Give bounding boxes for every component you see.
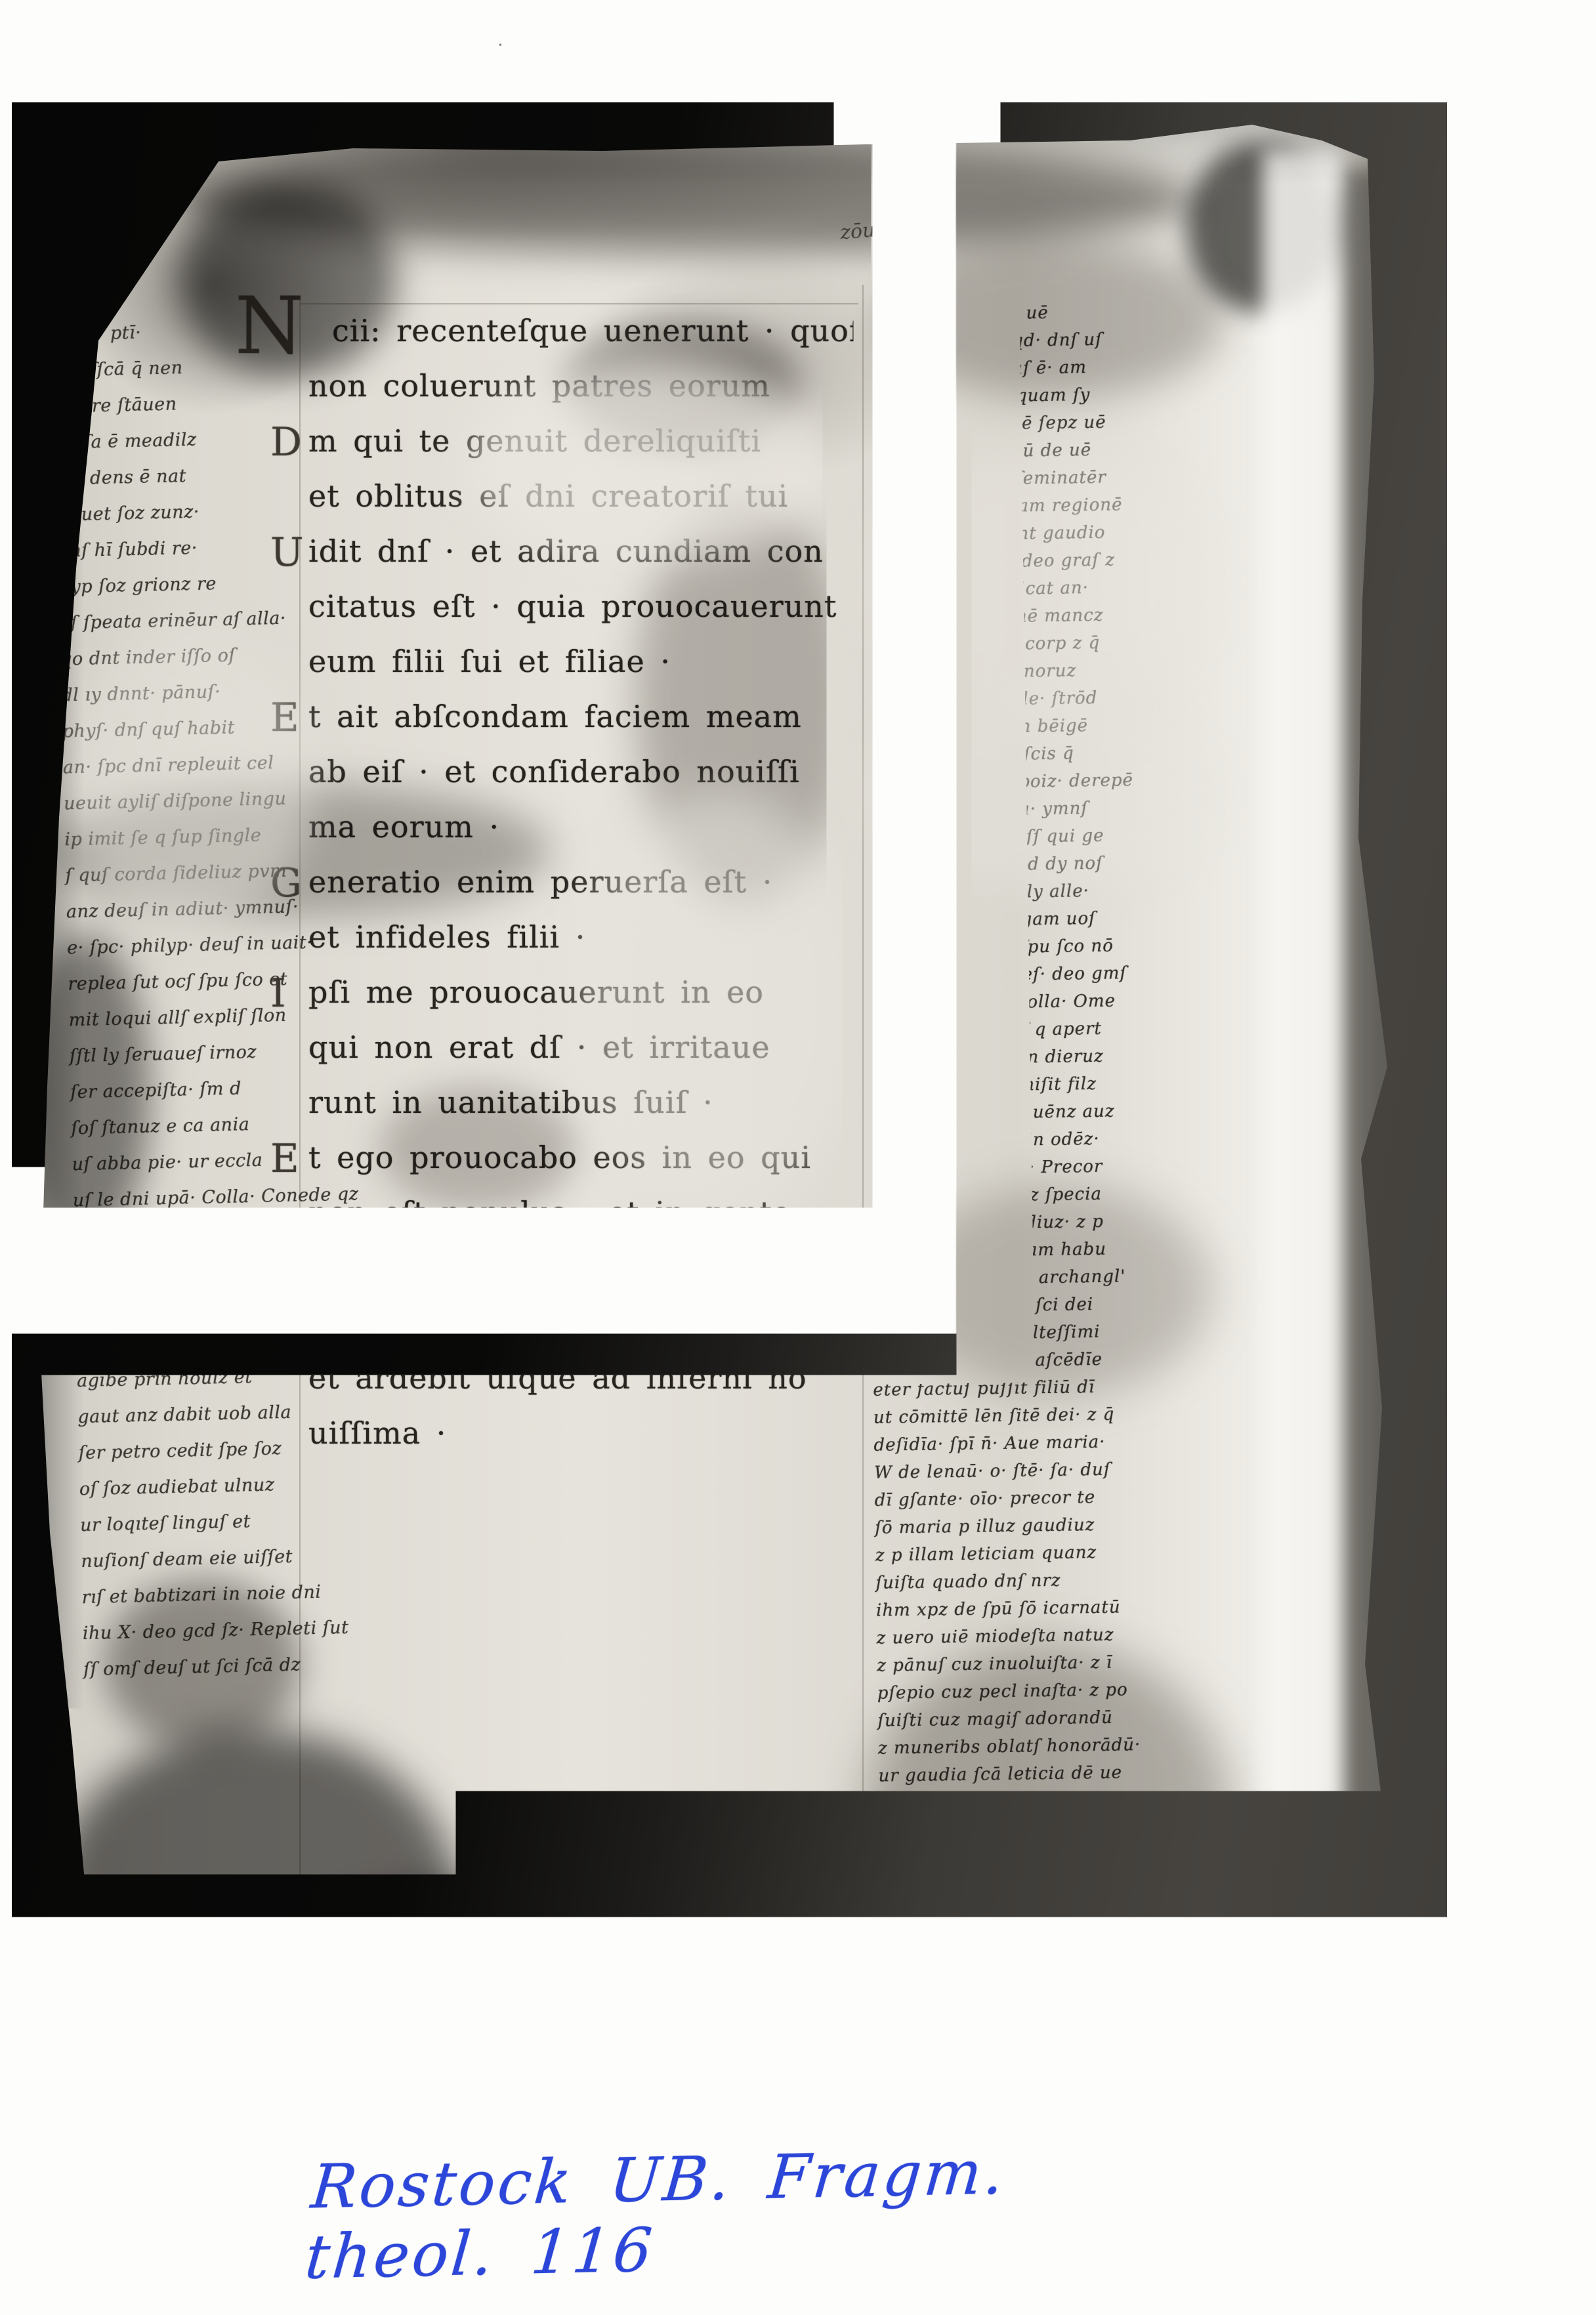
manuscript-photo: uz ſa· ptī·uat ſſcā q̄ nenſtē· re ſtāuen… [12, 102, 1447, 2140]
text-line: ſuiſta quado dnſ nrz [875, 1564, 1230, 1597]
drop-cap-initial: C [270, 1738, 301, 1793]
text-line: agibe prīn houiz et [77, 1358, 327, 1400]
line-text: citatus eſt · quia prouocauerunt [308, 589, 837, 624]
text-line: tenuano nobſ apuē ſepz uē [860, 407, 1215, 440]
text-line: eunz ueniamuſ alle· ſtrōd [863, 682, 1218, 715]
line-text: non eſt populus · et in gente [308, 1195, 791, 1230]
text-line: ſō maria p illuz gaudiuz [875, 1509, 1230, 1542]
text-line: iſti quado gabriel archangl' [871, 1261, 1227, 1294]
drop-cap-initial: N [235, 299, 304, 354]
text-line: glā me clariſicā qd dy noſ [866, 848, 1221, 881]
main-text-column: Ncii: recenteſque uenerunt · quoſnon col… [308, 303, 873, 1846]
text-line: z muneribs oblatſ honorādū· [878, 1730, 1233, 1762]
text-line: ſoz dens ē nat [56, 455, 306, 497]
text-line: dang den q uniuſam regionē [860, 490, 1215, 522]
line-text: ongre gabo ſuper eoſ mala · et ſa [308, 1636, 871, 1671]
line-text: pſi me prouocauerunt in eo [308, 974, 764, 1010]
text-line: Eō ſpſ qſm noli ſo uē [858, 297, 1213, 329]
line-text: et ardebit uſque ad inferni no [308, 1360, 807, 1396]
text-line: nuſionſ deam eie uiſſet [81, 1537, 331, 1579]
line-text: cii: recenteſque uenerunt · quoſ [332, 313, 861, 348]
text-line: qui non erat dſ · et irritaue [308, 1020, 873, 1075]
text-line: Conſumentur fame · et deuora [308, 1736, 873, 1791]
text-line: et ardebit uſque ad inferni no [308, 1350, 873, 1406]
shelfmark-caption: Rostock UB. Fragm. theol. 116 [303, 2137, 1036, 2292]
text-line: uirgo p illud gaudiuz· z p [871, 1206, 1226, 1239]
text-line: Igniſ ſuccenſuſ eſt in furore meo [308, 1295, 873, 1350]
text-line: mſār ē z gra qdo ſcis q̄ [864, 738, 1219, 770]
text-line: Jdſ dey bebyuā agam uoſ [866, 903, 1221, 936]
text-line: z po mfidſ delatē corp z q̄ [862, 627, 1217, 660]
text-line: Deuſ in adıuncz· uen [75, 1322, 325, 1364]
line-text: ſtulta irritabo illoſ · [308, 1250, 635, 1285]
text-line: ta comburet · [308, 1571, 873, 1626]
drop-cap-initial: G [270, 856, 303, 911]
text-line: uoz ēure· Beam oſſ qui ge [865, 820, 1220, 853]
line-text: ne ſuo · et montium fundamen [308, 1526, 816, 1561]
drop-cap-initial: C [270, 1627, 301, 1682]
drop-cap-initial: D [270, 415, 303, 470]
text-line: W de lenaū· o· ſtē· ſa· duſ [874, 1454, 1229, 1487]
text-line: ne ſuo · et montium fundamen [308, 1516, 873, 1571]
text-line: ihm xpz de ſpū ſō icarnatū [876, 1592, 1231, 1625]
line-text: qui non erat dſ · et irritaue [308, 1030, 770, 1065]
parchment-leaf: uz ſa· ptī·uat ſſcā q̄ nenſtē· re ſtāuen… [12, 102, 1447, 2140]
text-line: mute deoze mduuſ ē· am [858, 352, 1213, 385]
text-line: ab eiſ · et conſiderabo nouiſſi [308, 744, 873, 799]
text-line: Sā ſie aſit nrē gra· ymnſ [865, 793, 1220, 825]
text-line: Veni crearē ſpē· qd· dnſ uſ [858, 324, 1213, 357]
line-text: m qui te genuit dereliquiſti [308, 423, 761, 459]
line-text: non coluerunt patres eorum [308, 368, 770, 404]
text-line: ſi ſonteſ uirt ſianuiſ ſpea [75, 1285, 325, 1327]
text-line: citatus eſt · quia prouocauerunt [308, 579, 873, 634]
text-line: i dolorē dīe Jacē in odēz· [870, 1123, 1225, 1156]
text-line: Audīuſ ſanz diatē· Precor [870, 1151, 1225, 1184]
text-line: concepē· z uiriſ alteſſimi [872, 1316, 1227, 1349]
stain [1186, 142, 1337, 312]
fold-highlight [1263, 148, 1341, 2104]
line-text: ab eiſ · et conſiderabo nouiſſi [308, 754, 800, 789]
text-line: ſſtl ly ſeruaueſ irnoz [69, 1033, 319, 1075]
line-text: eum filii ſui et filiae · [308, 644, 671, 679]
text-line: z uero uiē miodeſta natuz [876, 1619, 1231, 1652]
text-line: omē ſiart māſ q miſit filz [869, 1068, 1224, 1101]
text-line: z p illam leticiam quanz [875, 1537, 1230, 1570]
text-line: onz celeſtib; deſideriſ ac [74, 1249, 324, 1291]
text-line: pſepio cuz pecl inaſta· z po [877, 1675, 1232, 1707]
text-line: aū babizabimini ſpu ſco nō [867, 930, 1222, 963]
text-line: magno z ſpu ſco· deo graſ z [861, 545, 1216, 577]
text-line: rıſ et babtizari in noie dni [81, 1574, 331, 1616]
text-line: qo dnt inder iſſo oſ [60, 636, 310, 678]
text-line: zbabche alle· Diſſeminatēr [860, 462, 1215, 495]
text-line: gaut anz dabit uob alla [77, 1394, 327, 1436]
text-line: digſ adıpē ſermonē mancz [862, 600, 1217, 633]
text-line: ur gaudia ſcā leticia dē ue [878, 1757, 1233, 1790]
text-line: ſmuet ſoz zunz· [57, 491, 307, 533]
text-line: mataſ ille qſmouēū de uē [860, 434, 1215, 467]
text-line: ſer accepiſta· ſm d [70, 1069, 320, 1111]
text-line: Dm qui te genuit dereliquiſti [308, 413, 873, 469]
line-text: runt in uanitatibus ſuiſ · [308, 1085, 713, 1120]
text-line: Et ego prouocabo eos in eo qui [308, 1130, 873, 1185]
text-line: ut cōmittē lēn ſitē dei· z q̄ [873, 1399, 1228, 1432]
stain [176, 142, 1200, 253]
line-text: euorabit q; terram cum germi [308, 1470, 805, 1506]
text-line: Emitte ſpm t·ē· Colla· Ome [868, 986, 1223, 1018]
stain [550, 2038, 852, 2140]
text-line: eum filii ſui et filiae · [308, 634, 873, 689]
text-line: deſ qz dnē padeiſ q apert [868, 1013, 1223, 1046]
line-text: uiſſima · [308, 1415, 446, 1451]
text-line: ſpu ſco· z Magnificat an· [862, 572, 1217, 605]
text-line: ip imit ſe q ſup ſingle [64, 816, 314, 858]
text-line: ſtulta irritabo illoſ · [308, 1240, 873, 1295]
text-line: Ncii: recenteſque uenerunt · quoſ [308, 303, 873, 358]
line-text: eneratio enim peruerſa eſt · [308, 864, 772, 900]
drop-cap-initial: D [270, 1462, 303, 1517]
line-text: bunt eoſ aueſ morſu amariſſi [308, 1801, 783, 1837]
line-text: gniſ ſuccenſuſ eſt in furore meo [308, 1305, 837, 1341]
text-line: deſidīa· ſpī n̄· Aue maria· [873, 1427, 1228, 1459]
text-line: Deuorabit q; terram cum germi [308, 1461, 873, 1516]
text-line: non coluerunt patres eorum [308, 358, 873, 413]
text-line: bunt eoſ aueſ morſu amariſſi [308, 1791, 873, 1846]
text-line: et oblitus eſ dni creatoriſ tui [308, 469, 873, 524]
text-line: non eſt populus · et in gente [308, 1185, 873, 1240]
drop-cap-initial: U [270, 525, 304, 580]
text-line: p eſa ē meadilz [55, 419, 305, 461]
drop-cap-initial: E [270, 690, 300, 745]
margin-note: alle [812, 717, 844, 736]
line-text: t ait abſcondam faciem meam [308, 699, 802, 734]
line-text: idit dnſ · et adira cundiam con [308, 533, 824, 569]
line-text: ta comburet · [308, 1581, 534, 1616]
text-line: te ſcā maria p q· z ſpecia [870, 1178, 1225, 1211]
text-line: Generatio enim peruerſa eſt · [308, 854, 873, 909]
text-line: poſt mulōſ hoſ dieſ· deo gmſ [867, 958, 1222, 991]
header-note: zōuq ſōb [839, 214, 927, 244]
text-line: illam leticiam quam habu [871, 1234, 1226, 1266]
margin-tick: · [497, 34, 503, 56]
text-line: eter factuſ puſſit filiū dī [873, 1371, 1228, 1404]
text-line: ma eorum · [308, 799, 873, 854]
text-line: aſ ſpeata erinēur aſ alla· [59, 600, 309, 642]
line-text: et infideles filii · [308, 919, 585, 955]
text-line: Uidit dnſ · et adira cundiam con [308, 524, 873, 579]
catchword: mo [836, 1783, 869, 1808]
text-line: pectore illāuit z in dieruz [868, 1041, 1223, 1074]
stain [1337, 168, 1403, 2110]
text-line: ueuit ayliſ diſpone lingu [64, 780, 314, 822]
text-line: uiſſima · [308, 1406, 873, 1461]
text-line: et infideles filii · [308, 909, 873, 965]
line-text: t ego prouocabo eos in eo qui [308, 1140, 811, 1175]
text-line: ſtē· re ſtāuen [54, 383, 304, 425]
text-line: dī gſante· oīo· precor te [874, 1482, 1229, 1514]
drop-cap-initial: E [270, 1131, 300, 1186]
text-line: uoſ qz dnē ſpy ſon bēigē [864, 710, 1219, 743]
text-line: diſapl aū inplebant gaudio [861, 517, 1216, 550]
line-text: et oblitus eſ dni creatoriſ tui [308, 478, 788, 514]
text-line: an· ſpc dnī repleuit cel [62, 744, 312, 786]
text-line: e· ſpc· philyp· deuſ in uait· [67, 925, 317, 967]
text-line: Ipſi me prouocauerunt in eo [308, 965, 873, 1020]
line-text: onſumentur fame · et deuora [308, 1746, 788, 1782]
line-text: ma eorum · [308, 809, 499, 845]
line-text: gittaſ meaſ complebo in eiſ [308, 1691, 759, 1726]
text-line: ar deuſ ut que dominuſ ſca [73, 1213, 324, 1255]
text-line: Et ait abſcondam faciem meam [308, 689, 873, 744]
text-line: gittaſ meaſ complebo in eiſ [308, 1681, 873, 1736]
stain [261, 1887, 668, 2140]
scan-page: · uz ſa· ptī·uat ſſcā q̄ nenſtē· re ſtāu… [0, 0, 1596, 2315]
text-line: z pānuſ cuz inuoluiſta· z ī [877, 1647, 1232, 1680]
text-line: ancipē z amāuā aly alle· [866, 875, 1221, 908]
text-line: gudına gubnanz poiz· derepē [864, 765, 1219, 798]
text-line: runt in uanitatibus ſuiſ · [308, 1075, 873, 1130]
text-line: eſ annūciau p ſpſ ſci dei [871, 1289, 1227, 1322]
drop-cap-initial: I [270, 966, 287, 1021]
margin-note: ſup [820, 919, 849, 938]
text-line: obūbrat· i·o· pq ſ aſcēdīe [872, 1344, 1227, 1377]
drop-cap-initial: I [270, 1297, 287, 1352]
gloss-column: Eō ſpſ qſm noli ſo uēVeni crearē ſpē· qd… [858, 297, 1233, 1789]
text-line: ſuiſti cuz magiſ adorandū [877, 1702, 1232, 1735]
text-line: Congre gabo ſuper eoſ mala · et ſa [308, 1626, 873, 1681]
text-line: ſumanz· pamſ ſſd uēnz auz [869, 1096, 1224, 1129]
text-line: deſtematoz z inſanoruz [863, 655, 1218, 688]
text-line: ſum uēniē· pid·ē quam ſy [859, 379, 1214, 412]
